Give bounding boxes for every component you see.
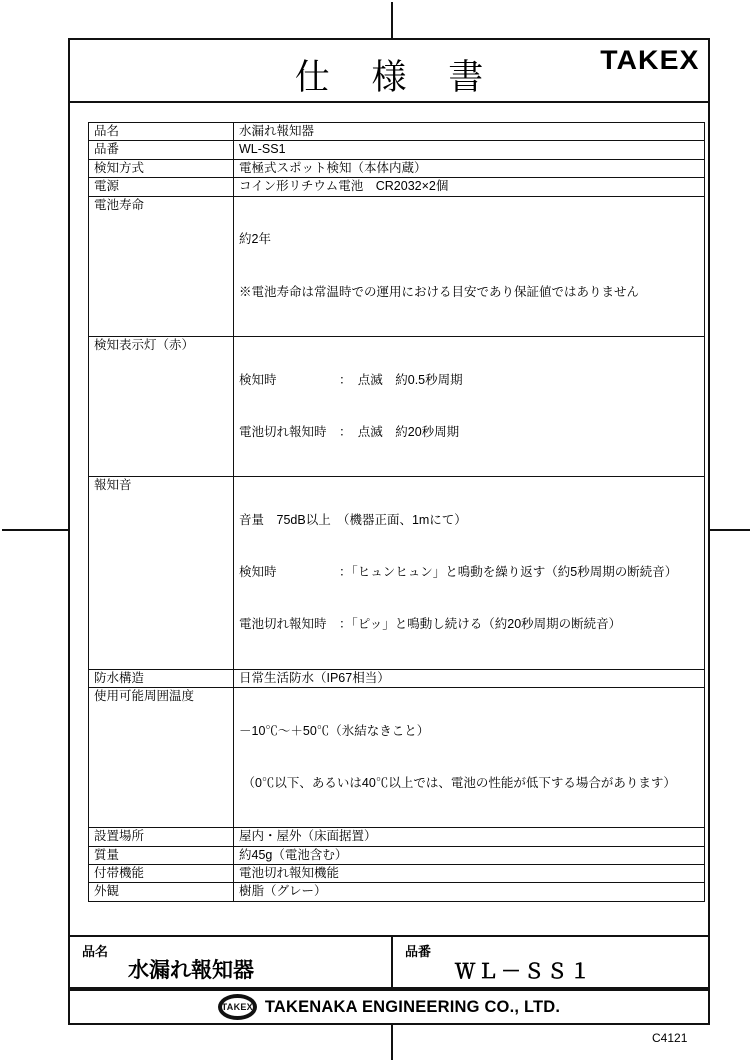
spec-value-line: 検知時 ： 点滅 約0.5秒周期 (239, 372, 699, 389)
spec-label: 設置場所 (89, 828, 234, 846)
company-name: TAKENAKA ENGINEERING CO., LTD. (265, 998, 560, 1017)
footer-band: TAKEX TAKENAKA ENGINEERING CO., LTD. (70, 989, 708, 1023)
spec-value-line: 約45g（電池含む） (239, 847, 699, 864)
spec-label: 電池寿命 (89, 196, 234, 336)
spec-value-line: 電池切れ報知時 ：「ピッ」と鳴動し続ける（約20秒周期の断続音） (239, 616, 699, 633)
takex-wordmark: TAKEX (601, 45, 700, 76)
document-frame: 仕 様 書 TAKEX 品名 水漏れ報知器 品番 WL-SS1 検知方式 電極式… (68, 38, 710, 1025)
spec-value-line: ※電池寿命は常温時での運用における目安であり保証値ではありません (239, 284, 699, 301)
spec-value-line: 水漏れ報知器 (239, 123, 699, 140)
spec-value: 約45g（電池含む） (234, 846, 705, 864)
spec-value-line: 電池切れ報知機能 (239, 865, 699, 882)
spec-value-line: 樹脂（グレー） (239, 883, 699, 900)
spec-value: －10℃～＋50℃（氷結なきこと） （0℃以下、あるいは40℃以上では、電池の性… (234, 688, 705, 828)
spec-label: 品名 (89, 123, 234, 141)
spec-label: 質量 (89, 846, 234, 864)
spec-label: 電源 (89, 178, 234, 196)
spec-value: 音量 75dB以上 （機器正面、1mにて） 検知時 ：「ヒュンヒュン」と鳴動を繰… (234, 477, 705, 669)
table-row: 品名 水漏れ報知器 (89, 123, 705, 141)
product-summary-table: 品名 水漏れ報知器 品番 ＷＬ－ＳＳ１ (70, 935, 708, 989)
spec-label: 使用可能周囲温度 (89, 688, 234, 828)
spec-table: 品名 水漏れ報知器 品番 WL-SS1 検知方式 電極式スポット検知（本体内蔵）… (88, 122, 705, 902)
table-row: 防水構造 日常生活防水（IP67相当） (89, 669, 705, 687)
summary-number-value: ＷＬ－ＳＳ１ (455, 955, 593, 984)
crop-mark-right (710, 529, 750, 531)
crop-mark-bottom (391, 1025, 393, 1060)
spec-value-line: WL-SS1 (239, 141, 699, 158)
table-row: 設置場所 屋内・屋外（床面据置） (89, 828, 705, 846)
table-row: 検知表示灯（赤） 検知時 ： 点滅 約0.5秒周期 電池切れ報知時 ： 点滅 約… (89, 336, 705, 476)
spec-label: 付帯機能 (89, 865, 234, 883)
summary-number-cell: 品番 ＷＬ－ＳＳ１ (393, 937, 708, 987)
spec-value-line: 検知時 ：「ヒュンヒュン」と鳴動を繰り返す（約5秒周期の断続音） (239, 564, 699, 581)
spec-value-line: （0℃以下、あるいは40℃以上では、電池の性能が低下する場合があります） (239, 775, 699, 792)
crop-mark-left (2, 529, 68, 531)
spec-value: 検知時 ： 点滅 約0.5秒周期 電池切れ報知時 ： 点滅 約20秒周期 (234, 336, 705, 476)
spec-value: WL-SS1 (234, 141, 705, 159)
table-row: 検知方式 電極式スポット検知（本体内蔵） (89, 159, 705, 177)
spec-label: 検知方式 (89, 159, 234, 177)
table-row: 付帯機能 電池切れ報知機能 (89, 865, 705, 883)
spec-value: 電池切れ報知機能 (234, 865, 705, 883)
table-row: 質量 約45g（電池含む） (89, 846, 705, 864)
spec-value: 水漏れ報知器 (234, 123, 705, 141)
spec-value-line: 電池切れ報知時 ： 点滅 約20秒周期 (239, 424, 699, 441)
spec-value-line: 日常生活防水（IP67相当） (239, 670, 699, 687)
spec-value-line: 約2年 (239, 231, 699, 248)
spec-value: 屋内・屋外（床面据置） (234, 828, 705, 846)
spec-label: 品番 (89, 141, 234, 159)
spec-value-line: －10℃～＋50℃（氷結なきこと） (239, 723, 699, 740)
spec-value-line: 電極式スポット検知（本体内蔵） (239, 160, 699, 177)
spec-value: 電極式スポット検知（本体内蔵） (234, 159, 705, 177)
table-row: 外観 樹脂（グレー） (89, 883, 705, 901)
spec-value: 約2年 ※電池寿命は常温時での運用における目安であり保証値ではありません (234, 196, 705, 336)
table-row: 電源 コイン形リチウム電池 CR2032×2個 (89, 178, 705, 196)
header-band: 仕 様 書 TAKEX (70, 40, 708, 103)
spec-label: 検知表示灯（赤） (89, 336, 234, 476)
spec-label: 防水構造 (89, 669, 234, 687)
spec-value: 日常生活防水（IP67相当） (234, 669, 705, 687)
crop-mark-top (391, 2, 393, 38)
doc-code: C4121 (652, 1031, 687, 1045)
takex-oval-logo-icon: TAKEX (218, 994, 257, 1020)
spec-label: 外観 (89, 883, 234, 901)
table-row: 使用可能周囲温度 －10℃～＋50℃（氷結なきこと） （0℃以下、あるいは40℃… (89, 688, 705, 828)
spec-label: 報知音 (89, 477, 234, 669)
summary-name-value: 水漏れ報知器 (128, 954, 254, 984)
table-row: 報知音 音量 75dB以上 （機器正面、1mにて） 検知時 ：「ヒュンヒュン」と… (89, 477, 705, 669)
summary-number-label: 品番 (405, 941, 431, 960)
spec-value: コイン形リチウム電池 CR2032×2個 (234, 178, 705, 196)
spec-sheet-page: 仕 様 書 TAKEX 品名 水漏れ報知器 品番 WL-SS1 検知方式 電極式… (0, 0, 750, 1060)
spec-value: 樹脂（グレー） (234, 883, 705, 901)
summary-name-label: 品名 (82, 941, 108, 960)
spec-value-line: 音量 75dB以上 （機器正面、1mにて） (239, 512, 699, 529)
summary-name-cell: 品名 水漏れ報知器 (70, 937, 393, 987)
spec-value-line: コイン形リチウム電池 CR2032×2個 (239, 178, 699, 195)
table-row: 品番 WL-SS1 (89, 141, 705, 159)
spec-value-line: 屋内・屋外（床面据置） (239, 828, 699, 845)
table-row: 電池寿命 約2年 ※電池寿命は常温時での運用における目安であり保証値ではありませ… (89, 196, 705, 336)
